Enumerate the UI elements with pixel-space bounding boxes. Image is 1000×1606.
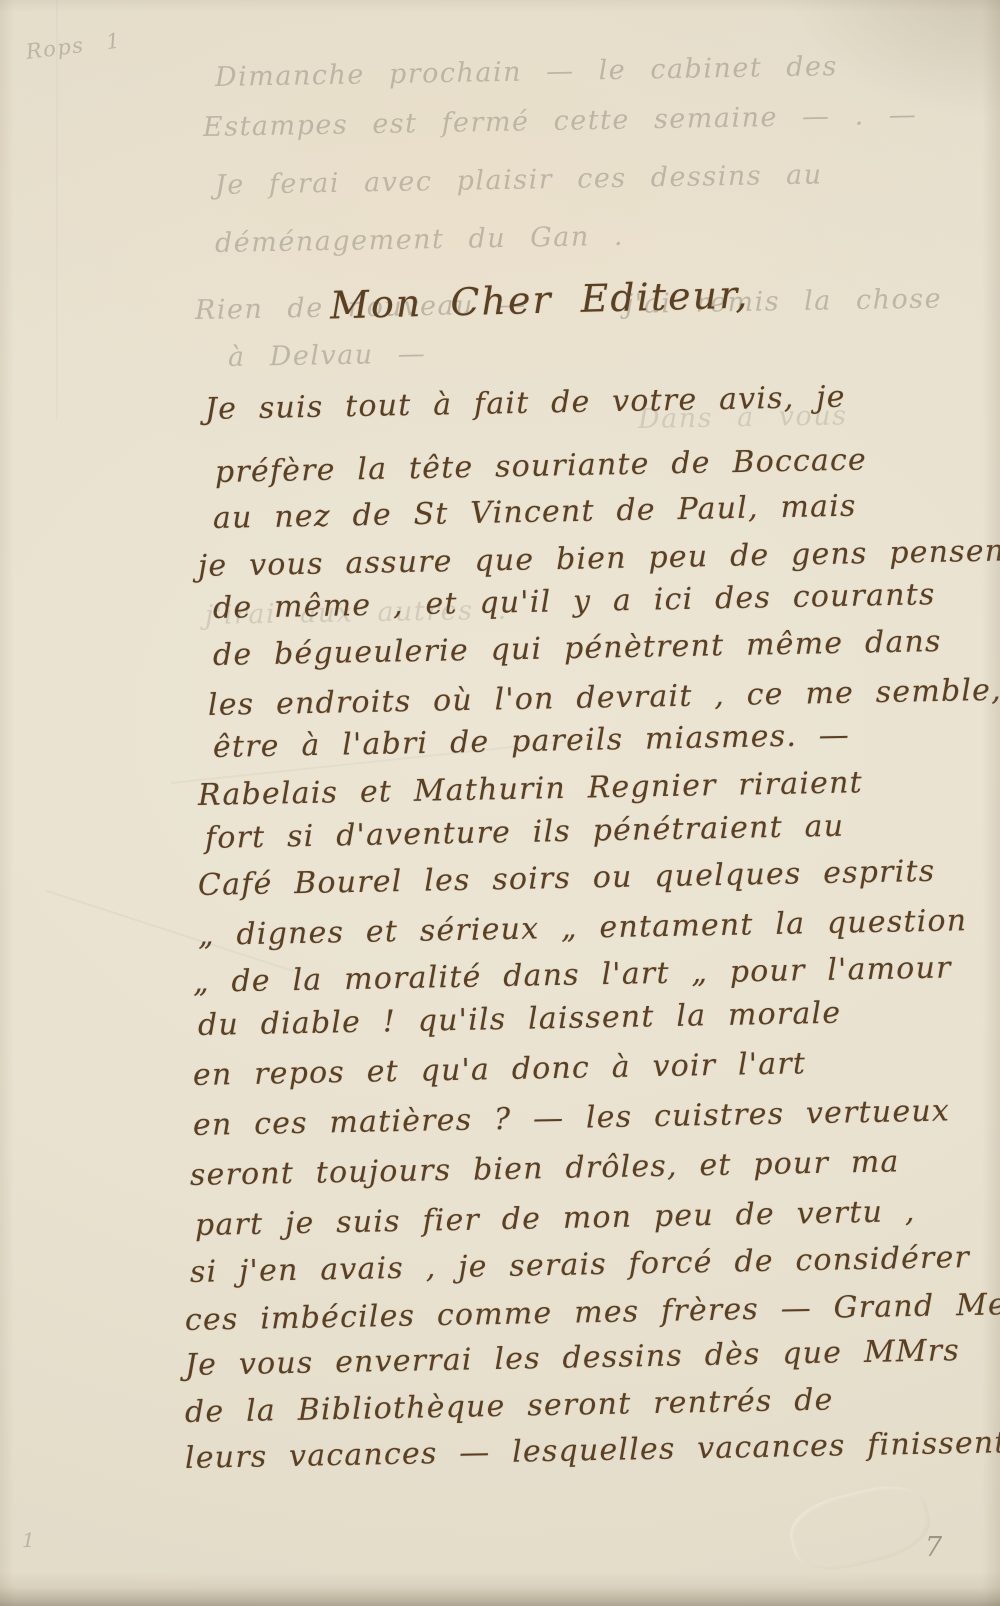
letter-line: Café Bourel les soirs ou quelques esprit… — [198, 854, 936, 903]
letter-page: Rops 1 Dimanche prochain — le cabinet de… — [0, 0, 1000, 1606]
letter-line: Je vous enverrai les dessins dès que MMr… — [185, 1333, 961, 1383]
letter-line: „ dignes et sérieux „ entament la questi… — [198, 903, 968, 953]
paper-crease — [56, 0, 59, 420]
letter-line: je vous assure que bien peu de gens pens… — [198, 533, 1000, 584]
letter-line: de la Bibliothèque seront rentrés de — [185, 1383, 834, 1430]
embossed-stamp — [783, 1476, 936, 1580]
pencil-note-line: déménagement du Gan . — [215, 221, 624, 259]
pencil-note-line: à Delvau — — [228, 339, 427, 373]
letter-line: de même , et qu'il y a ici des courants — [213, 577, 936, 626]
letter-line: au nez de St Vincent de Paul, mais — [213, 489, 857, 536]
letter-line: seront toujours bien drôles, et pour ma — [190, 1144, 900, 1193]
letter-line: être à l'abri de pareils miasmes. — — [213, 718, 851, 765]
page-number-annotation: 7 — [925, 1532, 942, 1563]
letter-line: préfère la tête souriante de Boccace — [215, 442, 868, 490]
scan-edge — [982, 0, 1000, 1606]
letter-line: ces imbéciles comme mes frères — Grand M… — [185, 1286, 1000, 1338]
collector-mark-rops: Rops 1 — [25, 28, 123, 63]
letter-line: en ces matières ? — les cuistres vertueu… — [193, 1093, 951, 1143]
letter-line: leurs vacances — lesquelles vacances fin… — [185, 1425, 1000, 1476]
letter-line: en repos et qu'a donc à voir l'art — [193, 1046, 807, 1093]
pencil-note-line: Je ferai avec plaisir ces dessins au — [215, 159, 823, 201]
letter-line: fort si d'aventure ils pénétraient au — [205, 809, 845, 856]
letter-line: si j'en avais , je serais forcé de consi… — [190, 1240, 971, 1290]
letter-line: Rabelais et Mathurin Regnier riraient — [198, 765, 864, 813]
letter-line: de bégueulerie qui pénètrent même dans — [213, 624, 942, 673]
letter-line: du diable ! qu'ils laissent la morale — [198, 996, 842, 1043]
letter-line: „ de la moralité dans l'art „ pour l'amo… — [193, 950, 952, 1000]
scan-edge — [0, 1572, 1000, 1606]
letter-line: part je suis fier de mon peu de vertu , — [195, 1194, 916, 1243]
scan-edge — [0, 0, 1000, 12]
pencil-note-line: Dimanche prochain — le cabinet des — [215, 51, 838, 93]
scan-edge — [0, 0, 14, 1606]
pencil-note-line: Estampes est fermé cette semaine — . — — [203, 100, 918, 143]
salutation: Mon Cher Editeur, — [329, 273, 749, 328]
page-number-annotation: 1 — [22, 1528, 35, 1552]
letter-line: les endroits où l'on devrait , ce me sem… — [208, 673, 1000, 723]
